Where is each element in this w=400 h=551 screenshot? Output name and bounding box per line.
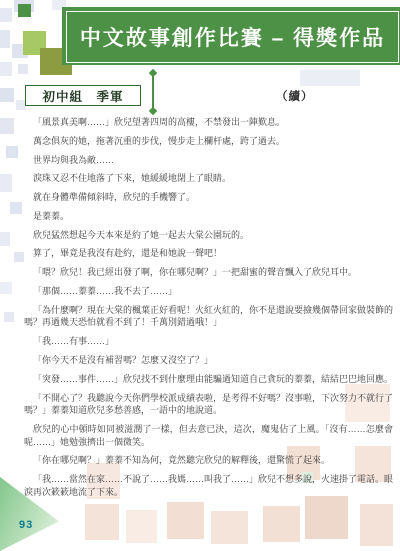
mosaic-square — [300, 70, 360, 86]
page-title: 中文故事創作比賽 – 得獎作品 — [80, 22, 385, 52]
story-paragraph: 欣兒的心中頓時如同被滋潤了一樣，但去意已決，這次，魔鬼佔了上風。「沒有……怎麼會… — [24, 423, 393, 448]
story-paragraph: 「我……當然在家……不說了……我媽……叫我了……」欣兒不想多說，火速掛了電話。眼… — [24, 473, 393, 498]
header-inner-frame: 中文故事創作比賽 – 得獎作品 — [66, 11, 399, 63]
mosaic-square — [10, 202, 22, 214]
category-label: 初中組 季軍 — [42, 87, 123, 105]
mosaic-square — [0, 232, 10, 246]
mosaic-square — [167, 502, 204, 539]
mosaic-square — [0, 118, 14, 134]
story-paragraph: 「我……有事……」 — [24, 335, 393, 348]
story-paragraph: 世界均與我為敵…… — [24, 154, 393, 167]
story-paragraph: 「你今天不是沒有補習嗎？怎麼又沒空了？」 — [24, 354, 393, 367]
story-paragraph: 「突發……事件……」欣兒找不到什麼理由能騙過知道自己貪玩的蓁蓁，結結巴巴地回應。 — [24, 373, 393, 386]
story-paragraph: 欣兒猛然想起今天本來是約了她一起去大棠公園玩的。 — [24, 229, 393, 242]
mosaic-square — [211, 511, 248, 544]
mosaic-square — [14, 252, 24, 262]
page-number: 93 — [19, 519, 33, 531]
mosaic-square — [6, 146, 18, 158]
story-paragraph: 「為什麼啊？現在大棠的楓葉正好看呢！火紅火紅的，你不是還說要撿幾個帶回家做裝飾的… — [24, 304, 393, 329]
mosaic-square — [0, 8, 12, 22]
story-paragraph: 萬念俱灰的她，拖著沉重的步伐，慢步走上欄杆處，跨了過去。 — [24, 135, 393, 148]
mosaic-square — [0, 30, 10, 48]
diamond-dot-icon — [149, 107, 157, 115]
story-paragraph: 「不開心了？我聽說今天你們學校派成績表啦，是考得不好嗎？沒事啦，下次努力不就行了… — [24, 392, 393, 417]
mosaic-square — [0, 282, 12, 294]
mosaic-square — [126, 510, 157, 543]
category-badge: 初中組 季軍 — [25, 85, 141, 106]
diamond-dot-icon — [149, 69, 157, 77]
header-banner: 中文故事創作比賽 – 得獎作品 — [62, 7, 400, 65]
story-body: 「風景真美啊……」欣兒望著四周的高樓，不禁發出一陣歎息。萬念俱灰的她，拖著沉重的… — [24, 116, 393, 504]
story-paragraph: 是蓁蓁。 — [24, 210, 393, 223]
story-paragraph: 淚珠又忍不住地落了下來，她緩緩地閉上了眼睛。 — [24, 172, 393, 185]
mosaic-square — [0, 62, 12, 76]
mosaic-square — [0, 174, 12, 192]
mosaic-square — [0, 88, 14, 102]
story-paragraph: 「喂？欣兒！我已經出發了啊，你在哪兒啊？」一把甜蜜的聲音飄入了欣兒耳中。 — [24, 266, 393, 279]
mosaic-square — [263, 506, 300, 542]
story-paragraph: 算了，畢竟是我沒有赴約，還是和她說一聲吧！ — [24, 247, 393, 260]
continued-marker: （續） — [276, 88, 314, 104]
mosaic-square — [360, 504, 393, 546]
connector-line — [152, 73, 154, 111]
story-paragraph: 「風景真美啊……」欣兒望著四周的高樓，不禁發出一陣歎息。 — [24, 116, 393, 129]
story-paragraph: 「你在哪兒啊？」蓁蓁不知為何，竟然聽完欣兒的解釋後，還驚慌了起來。 — [24, 454, 393, 467]
story-paragraph: 就在身體準備傾斜時，欣兒的手機響了。 — [24, 191, 393, 204]
green-accent-square — [18, 4, 31, 17]
mosaic-square — [85, 504, 119, 540]
magazine-page: 中文故事創作比賽 – 得獎作品 初中組 季軍 （續） 「風景真美啊……」欣兒望著… — [0, 0, 400, 551]
mosaic-square — [4, 312, 14, 322]
mosaic-square — [18, 64, 28, 74]
story-paragraph: 「那個……蓁蓁……我不去了……」 — [24, 285, 393, 298]
